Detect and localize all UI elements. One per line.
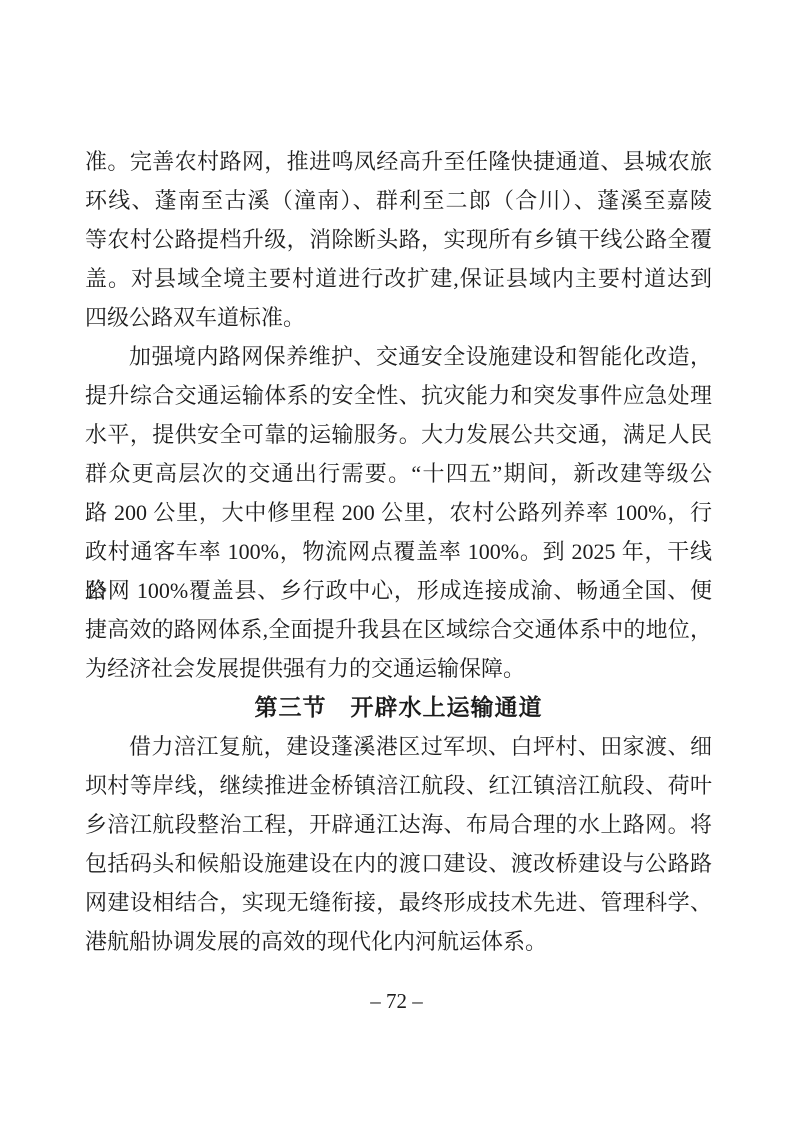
text-line: 路网 100%覆盖县、乡行政中心，形成连接成渝、畅通全国、便	[85, 571, 712, 610]
text-line: 加强境内路网保养维护、交通安全设施建设和智能化改造，	[85, 337, 712, 376]
text-line: 盖。对县域全境主要村道进行改扩建,保证县域内主要村道达到	[85, 259, 712, 298]
text-line: 提升综合交通运输体系的安全性、抗灾能力和突发事件应急处理	[85, 376, 712, 415]
text-line: 港航船协调发展的高效的现代化内河航运体系。	[85, 922, 712, 961]
text-line: 包括码头和候船设施建设在内的渡口建设、渡改桥建设与公路路	[85, 844, 712, 883]
section-heading: 第三节 开辟水上运输通道	[85, 688, 712, 727]
text-line: 水平，提供安全可靠的运输服务。大力发展公共交通，满足人民	[85, 415, 712, 454]
text-line: 等农村公路提档升级，消除断头路，实现所有乡镇干线公路全覆	[85, 220, 712, 259]
text-line: 网建设相结合，实现无缝衔接，最终形成技术先进、管理科学、	[85, 883, 712, 922]
text-line: 捷高效的路网体系,全面提升我县在区域综合交通体系中的地位，	[85, 610, 712, 649]
text-line: 为经济社会发展提供强有力的交通运输保障。	[85, 649, 712, 688]
text-line: 路 200 公里，大中修里程 200 公里，农村公路列养率 100%，行	[85, 493, 712, 532]
document-body: 准。完善农村路网，推进鸣凤经高升至任隆快捷通道、县城农旅环线、蓬南至古溪（潼南）…	[85, 142, 712, 961]
text-line: 坝村等岸线，继续推进金桥镇涪江航段、红江镇涪江航段、荷叶	[85, 766, 712, 805]
text-line: 准。完善农村路网，推进鸣凤经高升至任隆快捷通道、县城农旅	[85, 142, 712, 181]
text-line: 政村通客车率 100%，物流网点覆盖率 100%。到 2025 年，干线公	[85, 532, 712, 571]
text-line: 群众更高层次的交通出行需要。“十四五”期间，新改建等级公	[85, 454, 712, 493]
text-line: 四级公路双车道标准。	[85, 298, 712, 337]
text-line: 环线、蓬南至古溪（潼南）、群利至二郎（合川）、蓬溪至嘉陵	[85, 181, 712, 220]
text-line: 乡涪江航段整治工程，开辟通江达海、布局合理的水上路网。将	[85, 805, 712, 844]
document-page: 准。完善农村路网，推进鸣凤经高升至任隆快捷通道、县城农旅环线、蓬南至古溪（潼南）…	[0, 0, 793, 1122]
text-line: 借力涪江复航，建设蓬溪港区过军坝、白坪村、田家渡、细	[85, 727, 712, 766]
page-number: – 72 –	[370, 989, 423, 1013]
page-footer: – 72 –	[0, 988, 793, 1014]
